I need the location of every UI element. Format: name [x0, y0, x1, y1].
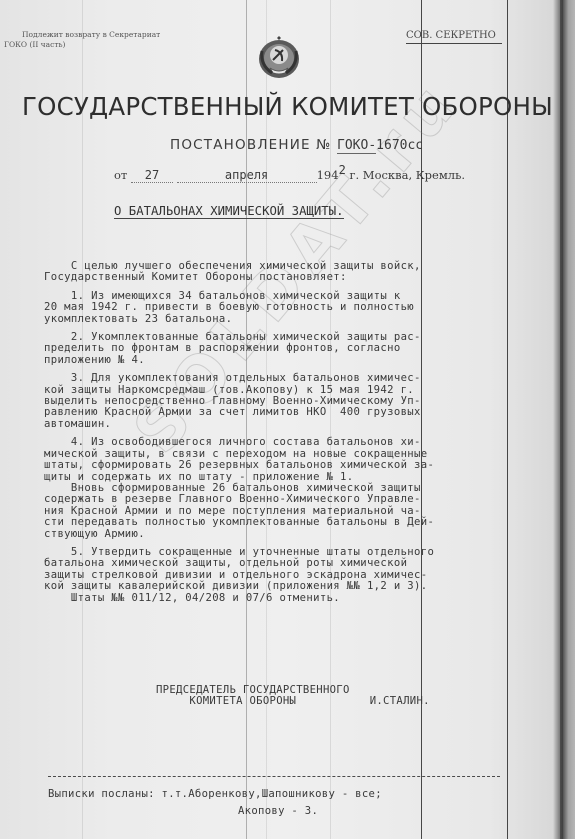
decree-subject: О БАТАЛЬОНАХ ХИМИЧЕСКОЙ ЗАЩИТЫ. [114, 204, 344, 218]
item-line: штаты, сформировать 26 резервных батальо… [44, 460, 564, 471]
date-month: апреля [177, 168, 317, 183]
item-line: сти передавать полностью укомплектованны… [44, 517, 564, 528]
item-line: Штаты №№ 011/12, 04/208 и 07/6 отменить. [44, 593, 564, 604]
item-line: ствующую Армию. [44, 529, 564, 540]
item-line: 20 мая 1942 г. привести в боевую готовно… [44, 302, 564, 313]
preamble: С целью лучшего обеспечения химической з… [44, 261, 564, 284]
ussr-coat-of-arms-icon [256, 35, 302, 81]
distribution-line1: Выписки посланы: т.т.Аборенкову,Шапошник… [48, 788, 382, 800]
decree-item-5: 5. Утвердить сокращенные и уточненные шт… [44, 547, 564, 604]
decree-number-line: ПОСТАНОВЛЕНИЕ № ГОКО-1670сс [170, 137, 423, 153]
return-note-line1: Подлежит возврату в Секретариат [4, 30, 160, 40]
decree-item-3: 3. Для укомплектования отдельных батальо… [44, 373, 564, 430]
decree-item-4: 4. Из освободившегося личного состава ба… [44, 437, 564, 540]
return-note: Подлежит возврату в Секретариат ГОКО (II… [4, 30, 160, 50]
return-note-line2: ГОКО (II часть) [4, 40, 160, 50]
document-page: SOLDAT.ru Подлежит возврату в Секретариа… [0, 0, 575, 839]
separator-line [48, 776, 500, 777]
item-line: 3. Для укомплектования отдельных батальо… [44, 373, 564, 384]
decree-item-2: 2. Укомплектованные батальоны химической… [44, 332, 564, 366]
item-line: кой защиты кавалерийской дивизии (прилож… [44, 581, 564, 592]
decree-body: С целью лучшего обеспечения химической з… [44, 261, 564, 604]
decree-subject-text: О БАТАЛЬОНАХ ХИМИЧЕСКОЙ ЗАЩИТЫ. [114, 204, 344, 219]
signature-title-line2: КОМИТЕТА ОБОРОНЫ И.СТАЛИН. [156, 696, 430, 707]
item-line: укомплектовать 23 батальона. [44, 314, 564, 325]
item-line: равлению Красной Армии за счет лимитов Н… [44, 407, 564, 418]
decree-label: ПОСТАНОВЛЕНИЕ № [170, 137, 332, 153]
date-day: 27 [131, 168, 173, 183]
item-line: автомашин. [44, 419, 564, 430]
date-year-typed: 2 [339, 163, 346, 177]
secrecy-stamp: СОВ. СЕКРЕТНО [406, 30, 502, 44]
preamble-line: Государственный Комитет Обороны постанов… [44, 272, 564, 283]
item-line: приложению № 4. [44, 355, 564, 366]
decree-number-prefix: ГОКО- [337, 138, 376, 154]
decree-number: ГОКО-1670сс [337, 138, 423, 154]
decree-item-1: 1. Из имеющихся 34 батальонов химической… [44, 291, 564, 325]
decree-date-line: от 27 апреля1942 г. Москва, Кремль. [114, 163, 465, 183]
signature-block: ПРЕДСЕДАТЕЛЬ ГОСУДАРСТВЕННОГО КОМИТЕТА О… [156, 685, 430, 707]
distribution-note: Выписки посланы: т.т.Аборенкову,Шапошник… [48, 786, 508, 820]
date-year-printed: 194 [317, 168, 339, 182]
date-place: г. Москва, Кремль. [349, 168, 465, 182]
item-line: 4. Из освободившегося личного состава ба… [44, 437, 564, 448]
distribution-line2: Акопову - 3. [48, 803, 508, 820]
committee-title: ГОСУДАРСТВЕННЫЙ КОМИТЕТ ОБОРОНЫ [22, 92, 562, 121]
date-prefix: от [114, 168, 127, 182]
decree-number-value: 1670сс [376, 138, 423, 153]
item-line: содержать в резерве Главного Военно-Хими… [44, 494, 564, 505]
